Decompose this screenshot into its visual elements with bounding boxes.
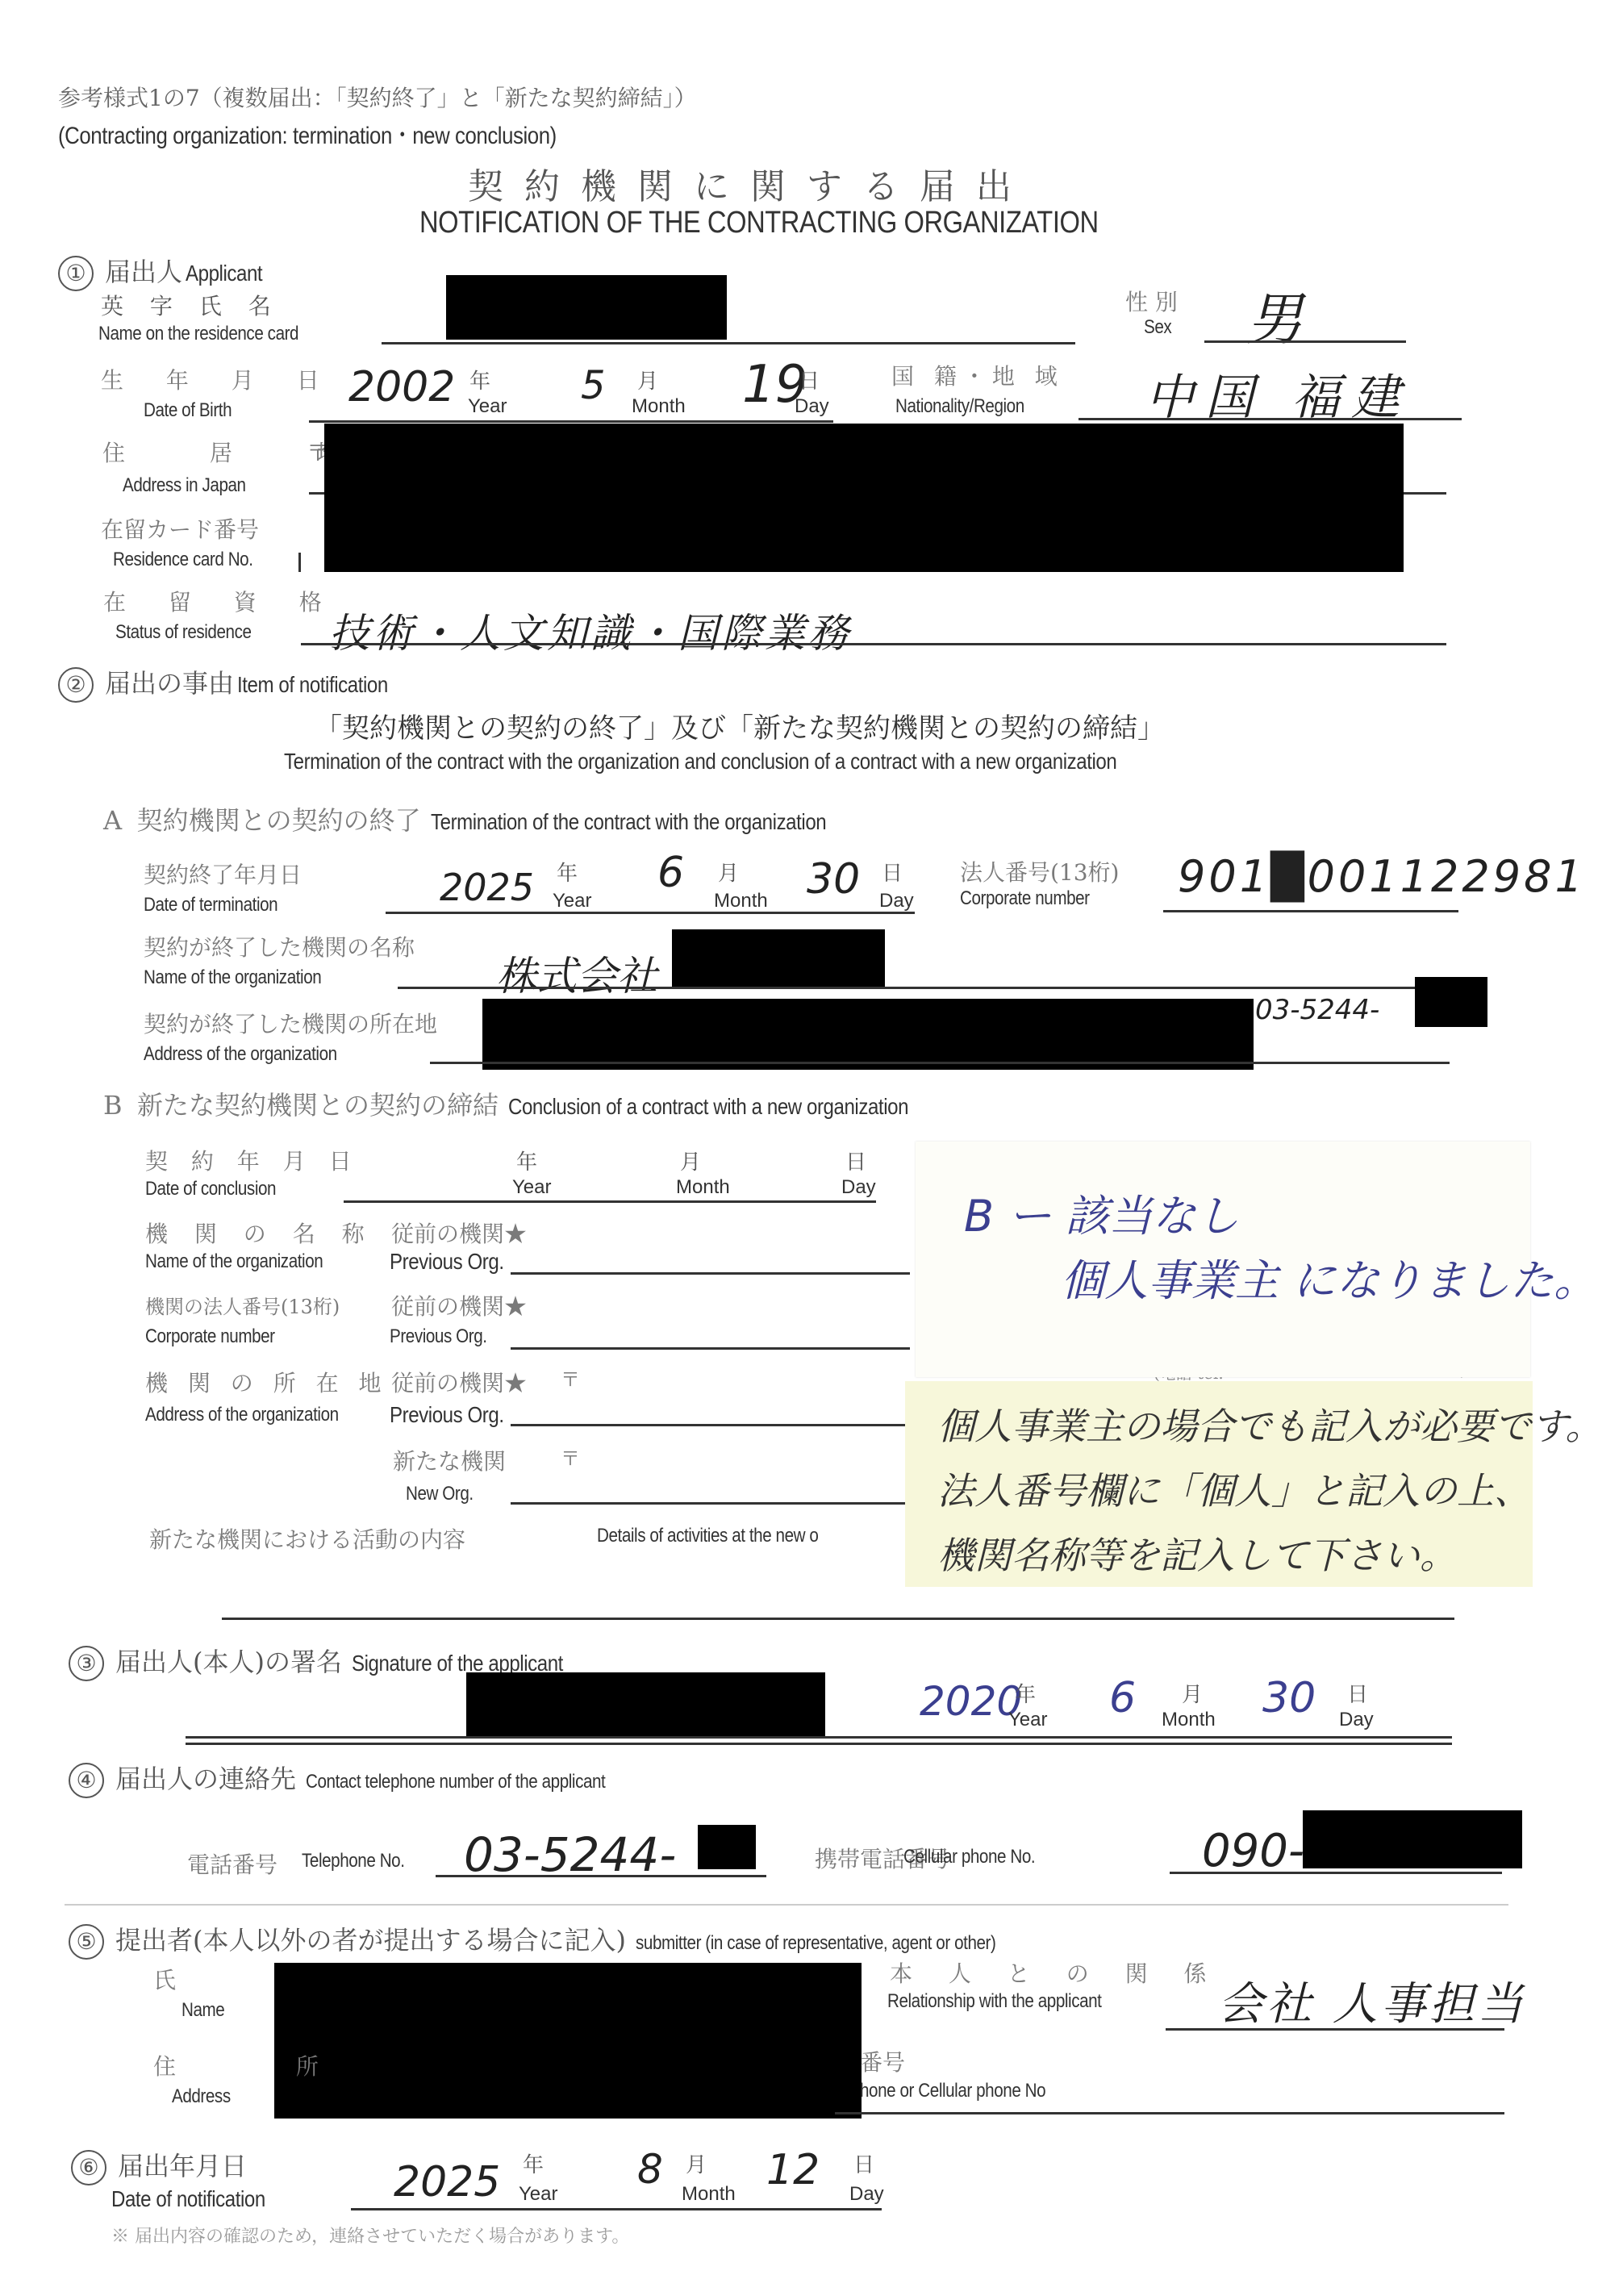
unit-month-jp: 月 bbox=[680, 1146, 701, 1175]
tel-redacted[interactable] bbox=[698, 1825, 756, 1869]
relationship-label-en: Relationship with the applicant bbox=[887, 1990, 1101, 2013]
unit-day-jp: 日 bbox=[1347, 1678, 1368, 1708]
notification-month[interactable]: 8 bbox=[637, 2146, 663, 2193]
org-name-redacted[interactable] bbox=[672, 929, 885, 987]
sticky-note-line: 機関名称等を記入して下さい。 bbox=[937, 1526, 1457, 1580]
unit-year-jp: 年 bbox=[557, 857, 578, 887]
previous-org-label-en: Previous Org. bbox=[390, 1402, 504, 1428]
termination-date-label-jp: 契約終了年月日 bbox=[144, 858, 302, 890]
unit-year-en: Year bbox=[468, 395, 507, 418]
nationality-label-jp: 国 籍・地 域 bbox=[891, 359, 1064, 391]
tel-label-jp: 電話番号 bbox=[187, 1847, 277, 1880]
number-4-icon: ④ bbox=[69, 1763, 104, 1798]
card-no-label-en: Residence card No. bbox=[113, 549, 253, 571]
unit-day-jp: 日 bbox=[799, 365, 820, 394]
org-tel-value[interactable]: 03-5244- bbox=[1255, 994, 1379, 1026]
section2-heading: ②届出の事由 Item of notification bbox=[58, 663, 413, 703]
name-underline bbox=[382, 342, 1075, 344]
status-underline bbox=[301, 643, 1446, 645]
notification-item-en: Termination of the contract with the org… bbox=[284, 749, 1116, 774]
status-value[interactable]: 技術・人文知識・国際業務 bbox=[329, 601, 852, 659]
termination-year[interactable]: 2025 bbox=[440, 866, 534, 909]
unit-month-en: Month bbox=[682, 2183, 736, 2206]
sticky-note-yellow: 個人事業主の場合でも記入が必要です。 法人番号欄に「個人」と記入の上、 機関名称… bbox=[905, 1381, 1533, 1587]
number-6-icon: ⑥ bbox=[71, 2150, 106, 2185]
postal-mark: 〒 bbox=[561, 1442, 580, 1471]
section5-heading: ⑤提出者(本人以外の者が提出する場合に記入) submitter (in cas… bbox=[69, 1920, 1055, 1960]
cell-redacted[interactable] bbox=[1303, 1810, 1522, 1868]
relationship-underline bbox=[1166, 2028, 1504, 2031]
conclusion-date-label-jp: 契 約 年 月 日 bbox=[145, 1144, 360, 1176]
previous-org-label-jp: 従前の機関★ bbox=[391, 1366, 527, 1398]
address-label-en: Address in Japan bbox=[123, 474, 246, 497]
unit-month-en: Month bbox=[676, 1176, 730, 1199]
unit-year-jp: 年 bbox=[469, 365, 490, 394]
name-label-en: Name on the residence card bbox=[98, 323, 298, 345]
unit-day-en: Day bbox=[849, 2183, 884, 2206]
cell-underline bbox=[1170, 1872, 1502, 1874]
unit-year-en: Year bbox=[512, 1176, 552, 1199]
sex-value[interactable]: 男 bbox=[1246, 274, 1303, 356]
b-org-name-label-en: Name of the organization bbox=[145, 1250, 323, 1273]
submitter-phone-label-jp: 番号 bbox=[860, 2045, 905, 2077]
org-tel-redacted[interactable] bbox=[1415, 977, 1487, 1027]
cell-value[interactable]: 090- bbox=[1202, 1825, 1304, 1877]
unit-month-en: Month bbox=[1162, 1709, 1216, 1731]
b-address-label-jp: 機 関 の 所 在 地 bbox=[145, 1366, 388, 1398]
unit-day-en: Day bbox=[879, 890, 914, 912]
unit-year-jp: 年 bbox=[516, 1146, 537, 1175]
b-org-name-label-jp: 機 関 の 名 称 bbox=[145, 1217, 374, 1249]
corp-no-underline bbox=[1163, 910, 1458, 912]
notification-date-label-en: Date of notification bbox=[111, 2186, 265, 2212]
unit-day-jp: 日 bbox=[882, 857, 903, 887]
dob-label-en: Date of Birth bbox=[144, 399, 232, 422]
b-corp-no-label-jp: 機関の法人番号(13桁) bbox=[145, 1291, 340, 1319]
dob-underline bbox=[309, 420, 833, 423]
b-corp-no-label-en: Corporate number bbox=[145, 1325, 275, 1348]
submitter-address-label-en: Address bbox=[172, 2085, 231, 2108]
unit-month-jp: 月 bbox=[637, 365, 658, 394]
unit-year-en: Year bbox=[553, 890, 592, 912]
section4-heading: ④届出人の連絡先 Contact telephone number of the… bbox=[69, 1759, 654, 1798]
number-5-icon: ⑤ bbox=[69, 1924, 104, 1960]
unit-day-jp: 日 bbox=[853, 2148, 874, 2178]
card-no-bracket bbox=[298, 553, 301, 572]
number-3-icon: ③ bbox=[69, 1646, 104, 1681]
org-address-redacted[interactable] bbox=[482, 999, 1254, 1070]
notification-year[interactable]: 2025 bbox=[394, 2158, 500, 2206]
org-name-label-en: Name of the organization bbox=[144, 966, 321, 989]
termination-date-label-en: Date of termination bbox=[144, 894, 277, 916]
name-field-redacted[interactable] bbox=[446, 275, 727, 340]
unit-day-en: Day bbox=[795, 395, 829, 418]
unit-month-jp: 月 bbox=[686, 2148, 707, 2178]
corp-no-label-en: Corporate number bbox=[960, 887, 1090, 910]
new-org-underline[interactable] bbox=[511, 1502, 907, 1505]
termination-month[interactable]: 6 bbox=[657, 849, 684, 897]
tel-underline bbox=[436, 1875, 766, 1877]
signature-underline-2 bbox=[186, 1743, 1452, 1745]
signature-year[interactable]: 2020 bbox=[920, 1678, 1022, 1725]
notification-day[interactable]: 12 bbox=[766, 2146, 820, 2194]
corp-no-label-jp: 法人番号(13桁) bbox=[960, 855, 1119, 887]
nationality-underline bbox=[1079, 418, 1462, 420]
status-label-en: Status of residence bbox=[115, 621, 252, 644]
corp-no-value[interactable]: 901█001122981 bbox=[1178, 851, 1586, 902]
postal-mark: 〒 bbox=[561, 1363, 580, 1392]
previous-org-label-jp: 従前の機関★ bbox=[391, 1217, 527, 1249]
signature-day[interactable]: 30 bbox=[1262, 1674, 1316, 1722]
sex-underline bbox=[1204, 340, 1406, 343]
unit-month-jp: 月 bbox=[718, 857, 739, 887]
address-and-card-redacted[interactable] bbox=[324, 424, 1404, 572]
tel-label-en: Telephone No. bbox=[302, 1850, 405, 1872]
sticky-note-line: B ー 該当なし bbox=[964, 1182, 1239, 1244]
section1-heading: ①届出人 Applicant bbox=[58, 252, 275, 291]
previous-org-label-en: Previous Org. bbox=[390, 1249, 504, 1275]
b-address-label-en: Address of the organization bbox=[145, 1404, 339, 1426]
dob-year[interactable]: 2002 bbox=[348, 363, 455, 411]
dob-month[interactable]: 5 bbox=[581, 363, 606, 408]
unit-year-en: Year bbox=[1008, 1709, 1048, 1731]
tel-value[interactable]: 03-5244- bbox=[464, 1827, 676, 1882]
sex-label-en: Sex bbox=[1144, 316, 1171, 339]
unit-year-jp: 年 bbox=[1015, 1678, 1036, 1708]
submitter-address-label-jp: 住 所 bbox=[153, 2049, 375, 2081]
number-1-icon: ① bbox=[58, 256, 94, 291]
section-b-heading: B 新たな契約機関との契約の締結 Conclusion of a contrac… bbox=[103, 1085, 974, 1122]
org-address-label-jp: 契約が終了した機関の所在地 bbox=[144, 1007, 437, 1039]
b-address-underline[interactable] bbox=[511, 1424, 907, 1426]
new-org-label-jp: 新たな機関 bbox=[393, 1444, 506, 1476]
card-no-label-jp: 在留カード番号 bbox=[101, 512, 259, 545]
b-corp-no-underline[interactable] bbox=[511, 1347, 910, 1350]
unit-month-en: Month bbox=[714, 890, 768, 912]
new-org-label-en: New Org. bbox=[406, 1483, 474, 1505]
name-label-jp: 英 字 氏 名 bbox=[101, 289, 281, 321]
sticky-note-line: 個人事業主 になりました。 bbox=[1061, 1246, 1597, 1309]
sex-label-jp: 性 別 bbox=[1125, 285, 1178, 317]
notification-date-underline bbox=[351, 2208, 882, 2210]
termination-day[interactable]: 30 bbox=[807, 855, 860, 904]
submitter-phone-label-en: hone or Cellular phone No bbox=[860, 2080, 1045, 2102]
org-name-value[interactable]: 株式会社 bbox=[496, 944, 657, 1002]
section-divider bbox=[65, 1904, 1508, 1906]
org-address-label-en: Address of the organization bbox=[144, 1043, 337, 1066]
unit-month-en: Month bbox=[632, 395, 686, 418]
unit-day-en: Day bbox=[1339, 1709, 1374, 1731]
b-org-name-underline[interactable] bbox=[511, 1272, 910, 1275]
signature-month[interactable]: 6 bbox=[1109, 1674, 1136, 1722]
submitter-phone-underline bbox=[835, 2112, 1504, 2114]
submitter-name-address-redacted[interactable] bbox=[274, 1963, 862, 2119]
termination-date-underline bbox=[386, 912, 915, 914]
title-en: NOTIFICATION OF THE CONTRACTING ORGANIZA… bbox=[419, 206, 1099, 240]
relationship-label-jp: 本 人 と の 関 係 bbox=[890, 1956, 1221, 1989]
submitter-name-label-en: Name bbox=[181, 1999, 224, 2022]
previous-org-label-jp: 従前の機関★ bbox=[391, 1289, 527, 1321]
unit-year-jp: 年 bbox=[523, 2148, 544, 2178]
conclusion-date-label-en: Date of conclusion bbox=[145, 1178, 276, 1200]
unit-day-jp: 日 bbox=[845, 1146, 866, 1175]
notification-item-jp: 「契約機関との契約の終了」及び「新たな契約機関との契約の締結」 bbox=[315, 706, 1165, 745]
activities-underline[interactable] bbox=[222, 1618, 1454, 1620]
relationship-value[interactable]: 会社 人事担当 bbox=[1218, 1968, 1526, 2033]
activities-label-jp: 新たな機関における活動の内容 bbox=[149, 1522, 465, 1555]
activities-label-en: Details of activities at the new o bbox=[597, 1525, 818, 1547]
org-name-label-jp: 契約が終了した機関の名称 bbox=[144, 930, 415, 962]
sticky-note-white: B ー 該当なし 個人事業主 になりました。 bbox=[916, 1142, 1530, 1377]
unit-day-en: Day bbox=[841, 1176, 876, 1199]
form-reference-en: (Contracting organization: termination・n… bbox=[58, 115, 557, 151]
sticky-note-line: 個人事業主の場合でも記入が必要です。 bbox=[937, 1397, 1602, 1451]
cell-label-en: Cellular phone No. bbox=[903, 1846, 1035, 1868]
number-2-icon: ② bbox=[58, 667, 94, 703]
title-jp: 契 約 機 関 に 関 す る 届 出 bbox=[468, 157, 1016, 209]
unit-year-en: Year bbox=[519, 2183, 558, 2206]
conclusion-date-underline bbox=[344, 1200, 876, 1203]
status-label-jp: 在 留 資 格 bbox=[103, 585, 340, 617]
dob-label-jp: 生 年 月 日 bbox=[101, 363, 337, 395]
org-address-underline bbox=[430, 1062, 1450, 1064]
section6-heading: ⑥届出年月日 bbox=[71, 2146, 247, 2185]
section-a-heading: A 契約機関との契約の終了 Termination of the contrac… bbox=[103, 800, 891, 837]
org-name-underline bbox=[398, 987, 1422, 989]
contact-note: ※ 届出内容の確認のため，連絡させていただく場合があります。 bbox=[111, 2223, 629, 2248]
form-reference: 参考様式1の7（複数届出：「契約終了」と「新たな契約締結」） bbox=[58, 81, 697, 113]
signature-redacted[interactable] bbox=[466, 1672, 825, 1737]
previous-org-label-en: Previous Org. bbox=[390, 1325, 487, 1348]
unit-month-jp: 月 bbox=[1182, 1678, 1203, 1708]
signature-underline-1 bbox=[186, 1736, 1452, 1739]
nationality-label-en: Nationality/Region bbox=[895, 395, 1024, 418]
sticky-note-line: 法人番号欄に「個人」と記入の上、 bbox=[937, 1462, 1531, 1515]
